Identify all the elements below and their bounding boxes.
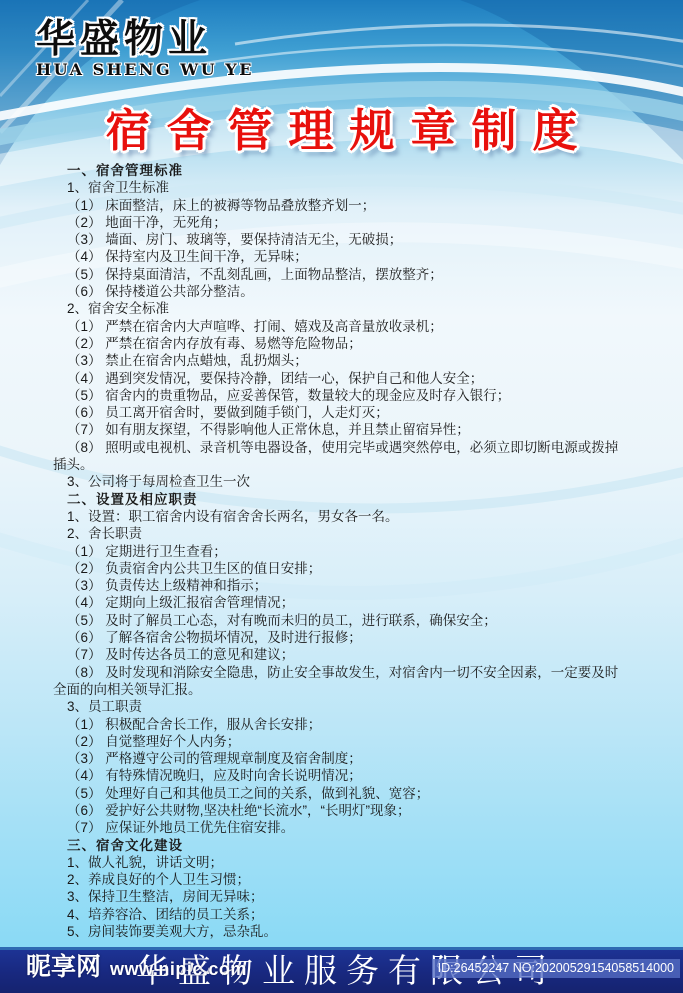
watermark-site-url: www.nipic.com [110, 959, 247, 980]
page-title: 宿舍管理规章制度 [0, 94, 683, 159]
rule-line: 3、员工职责 [53, 698, 630, 715]
rule-line: 2、宿舍安全标准 [53, 300, 630, 317]
rule-line: （1） 定期进行卫生查看； [53, 543, 630, 560]
logo-chinese-text: 华盛物业 [36, 20, 254, 59]
section-heading: 三、宿舍文化建设 [53, 837, 630, 854]
watermark-site-name: 昵享网 [26, 947, 101, 983]
rules-body: 一、宿舍管理标准1、宿舍卫生标准（1） 床面整洁，床上的被褥等物品叠放整齐划一；… [53, 162, 630, 940]
rule-line: （7） 如有朋友探望，不得影响他人正常休息，并且禁止留宿异性； [53, 421, 630, 438]
rule-line: （7） 及时传达各员工的意见和建议； [53, 646, 630, 663]
rule-line: 1、宿舍卫生标准 [53, 179, 630, 196]
rule-line: （6） 员工离开宿舍时，要做到随手锁门，人走灯灭； [53, 404, 630, 421]
rule-line: （3） 负责传达上级精神和指示； [53, 577, 630, 594]
rule-line: （4） 保持室内及卫生间干净，无异味； [53, 248, 630, 265]
rule-line: （5） 处理好自己和其他员工之间的关系，做到礼貌、宽容； [53, 785, 630, 802]
rule-line: （4） 定期向上级汇报宿舍管理情况； [53, 594, 630, 611]
rule-line: （6） 保持楼道公共部分整洁。 [53, 283, 630, 300]
rule-line: （8） 及时发现和消除安全隐患，防止安全事故发生，对宿舍内一切不安全因素，一定要… [53, 664, 630, 699]
rule-line: （6） 爱护好公共财物,坚决杜绝“长流水”，“长明灯”现象； [53, 802, 630, 819]
rule-line: （6） 了解各宿舍公物损坏情况，及时进行报修； [53, 629, 630, 646]
poster-page: 华盛物业 HUA SHENG WU YE 宿舍管理规章制度 一、宿舍管理标准1、… [0, 0, 683, 993]
section-heading: 一、宿舍管理标准 [53, 162, 630, 179]
rule-line: （2） 严禁在宿舍内存放有毒、易燃等危险物品； [53, 335, 630, 352]
rule-line: （5） 保持桌面清洁，不乱刻乱画，上面物品整洁，摆放整齐； [53, 266, 630, 283]
rule-line: （7） 应保证外地员工优先住宿安排。 [53, 819, 630, 836]
rule-line: （1） 床面整洁，床上的被褥等物品叠放整齐划一； [53, 197, 630, 214]
rule-line: 3、保持卫生整洁，房间无异味； [53, 888, 630, 905]
rule-line: 2、养成良好的个人卫生习惯； [53, 871, 630, 888]
rule-line: 1、做人礼貌，讲话文明； [53, 854, 630, 871]
rule-line: （2） 负责宿舍内公共卫生区的值日安排； [53, 560, 630, 577]
rule-line: 3、公司将于每周检查卫生一次 [53, 473, 630, 490]
company-logo: 华盛物业 HUA SHENG WU YE [36, 20, 254, 78]
logo-pinyin-text: HUA SHENG WU YE [36, 62, 254, 78]
rule-line: （8） 照明或电视机、录音机等电器设备，使用完毕或遇突然停电，必须立即切断电源或… [53, 439, 630, 474]
rule-line: 2、舍长职责 [53, 525, 630, 542]
rule-line: （3） 禁止在宿舍内点蜡烛，乱扔烟头； [53, 352, 630, 369]
rule-line: （5） 及时了解员工心态，对有晚而未归的员工，进行联系，确保安全； [53, 612, 630, 629]
rule-line: （2） 自觉整理好个人内务； [53, 733, 630, 750]
rule-line: 4、培养容洽、团结的员工关系； [53, 906, 630, 923]
rule-line: （3） 墙面、房门、玻璃等，要保持清洁无尘，无破损； [53, 231, 630, 248]
rule-line: （1） 严禁在宿舍内大声喧哗、打闹、嬉戏及高音量放收录机； [53, 318, 630, 335]
rule-line: （5） 宿舍内的贵重物品，应妥善保管，数量较大的现金应及时存入银行； [53, 387, 630, 404]
rule-line: （3） 严格遵守公司的管理规章制度及宿舍制度； [53, 750, 630, 767]
watermark-id-badge: ID:26452247 NO:20200529154058514000 [432, 959, 680, 978]
rule-line: （4） 有特殊情况晚归，应及时向舍长说明情况； [53, 767, 630, 784]
rule-line: 1、设置：职工宿舍内设有宿舍舍长两名，男女各一名。 [53, 508, 630, 525]
rule-line: （4） 遇到突发情况，要保持冷静，团结一心，保护自己和他人安全； [53, 370, 630, 387]
watermark-site: 昵享网 www.nipic.com [26, 947, 247, 983]
rule-line: （1） 积极配合舍长工作，服从舍长安排； [53, 716, 630, 733]
rule-line: （2） 地面干净，无死角； [53, 214, 630, 231]
rule-line: 5、房间装饰要美观大方，忌杂乱。 [53, 923, 630, 940]
section-heading: 二、设置及相应职责 [53, 491, 630, 508]
